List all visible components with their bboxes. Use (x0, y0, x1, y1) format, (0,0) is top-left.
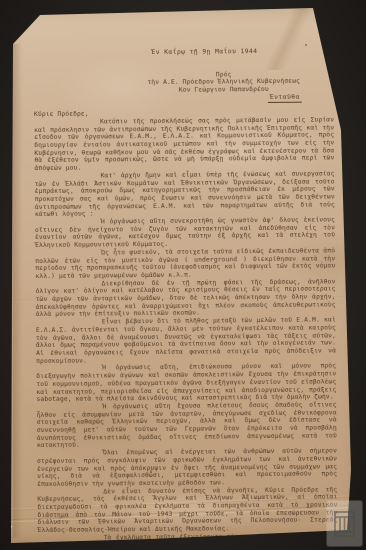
paragraph: Διεκρίθησαν δὲ ἐν τῇ πρώτῃ φάσει τῆς δρά… (35, 278, 335, 319)
letter-body: Κατόπιν τῆς προσκλήσεώς σας πρὸς μετάβασ… (34, 116, 338, 550)
dateline: Ἐν Καΐρῳ τῇ 9ῃ Μαΐου 1944 (151, 0, 333, 57)
letter-content: Ἐν Καΐρῳ τῇ 9ῃ Μαΐου 1944 Πρός τὴν Α.Ε. … (33, 0, 338, 550)
letter-page: Ἐν Καΐρῳ τῇ 9ῃ Μαΐου 1944 Πρός τὴν Α.Ε. … (0, 0, 366, 550)
building-columns-icon (333, 509, 356, 539)
paragraph: Εἶναι βέβαιον ὅτι τὸ πλῆθος μεταξὺ τῶν μ… (36, 317, 336, 366)
lint-speck (6, 524, 12, 531)
paragraph: Ὅλαι ἑπομένως αἱ ἐνέργειαι τῶν ἀνθρώπων … (37, 448, 337, 489)
paragraph: Κατ' ἀρχὴν ἤμην καὶ εἶμαι ὑπὲρ τῆς ἑνώσε… (35, 170, 335, 219)
paragraph: Ἡ ὀργάνωσις αὕτη ἔχουσα πλείστους ὅσους … (37, 401, 337, 450)
scan-background: Ἐν Καΐρῳ τῇ 9ῃ Μαΐου 1944 Πρός τὴν Α.Ε. … (0, 0, 366, 550)
paragraph: Δὲν εἶναι δυνατὸν ἐπίσης νὰ ἀγνοῆτε, Κύρ… (37, 486, 337, 535)
recipient-place-row: Ἐνταῦθα (136, 93, 312, 104)
paragraph: Ἡ ὀργάνωσις αὕτη συνεκροτήθη ὡς γνωστὸν … (35, 216, 335, 249)
paragraph: Ἡ ὀργάνωσις αὕτη, ἐπιδιώκουσα μόνον καὶ … (36, 363, 336, 404)
recipient-block: Πρός τὴν Α.Ε. Πρόεδρον Ἑλληνικῆς Κυβερνή… (136, 70, 312, 104)
archive-watermark (327, 501, 362, 546)
paragraph: Τὰ ἐγκλήματα ταῦτα ἐξεγείροντα τὴν συνεί… (38, 532, 338, 550)
paragraph: Ὡς ἦτο φυσικόν, τὰ στοιχεῖα ταῦτα εἰδικῶ… (35, 247, 335, 280)
paragraph: Κατόπιν τῆς προσκλήσεώς σας πρὸς μετάβασ… (34, 116, 334, 173)
recipient-place: Ἐνταῦθα (268, 93, 302, 103)
left-edge-shading (13, 44, 22, 538)
